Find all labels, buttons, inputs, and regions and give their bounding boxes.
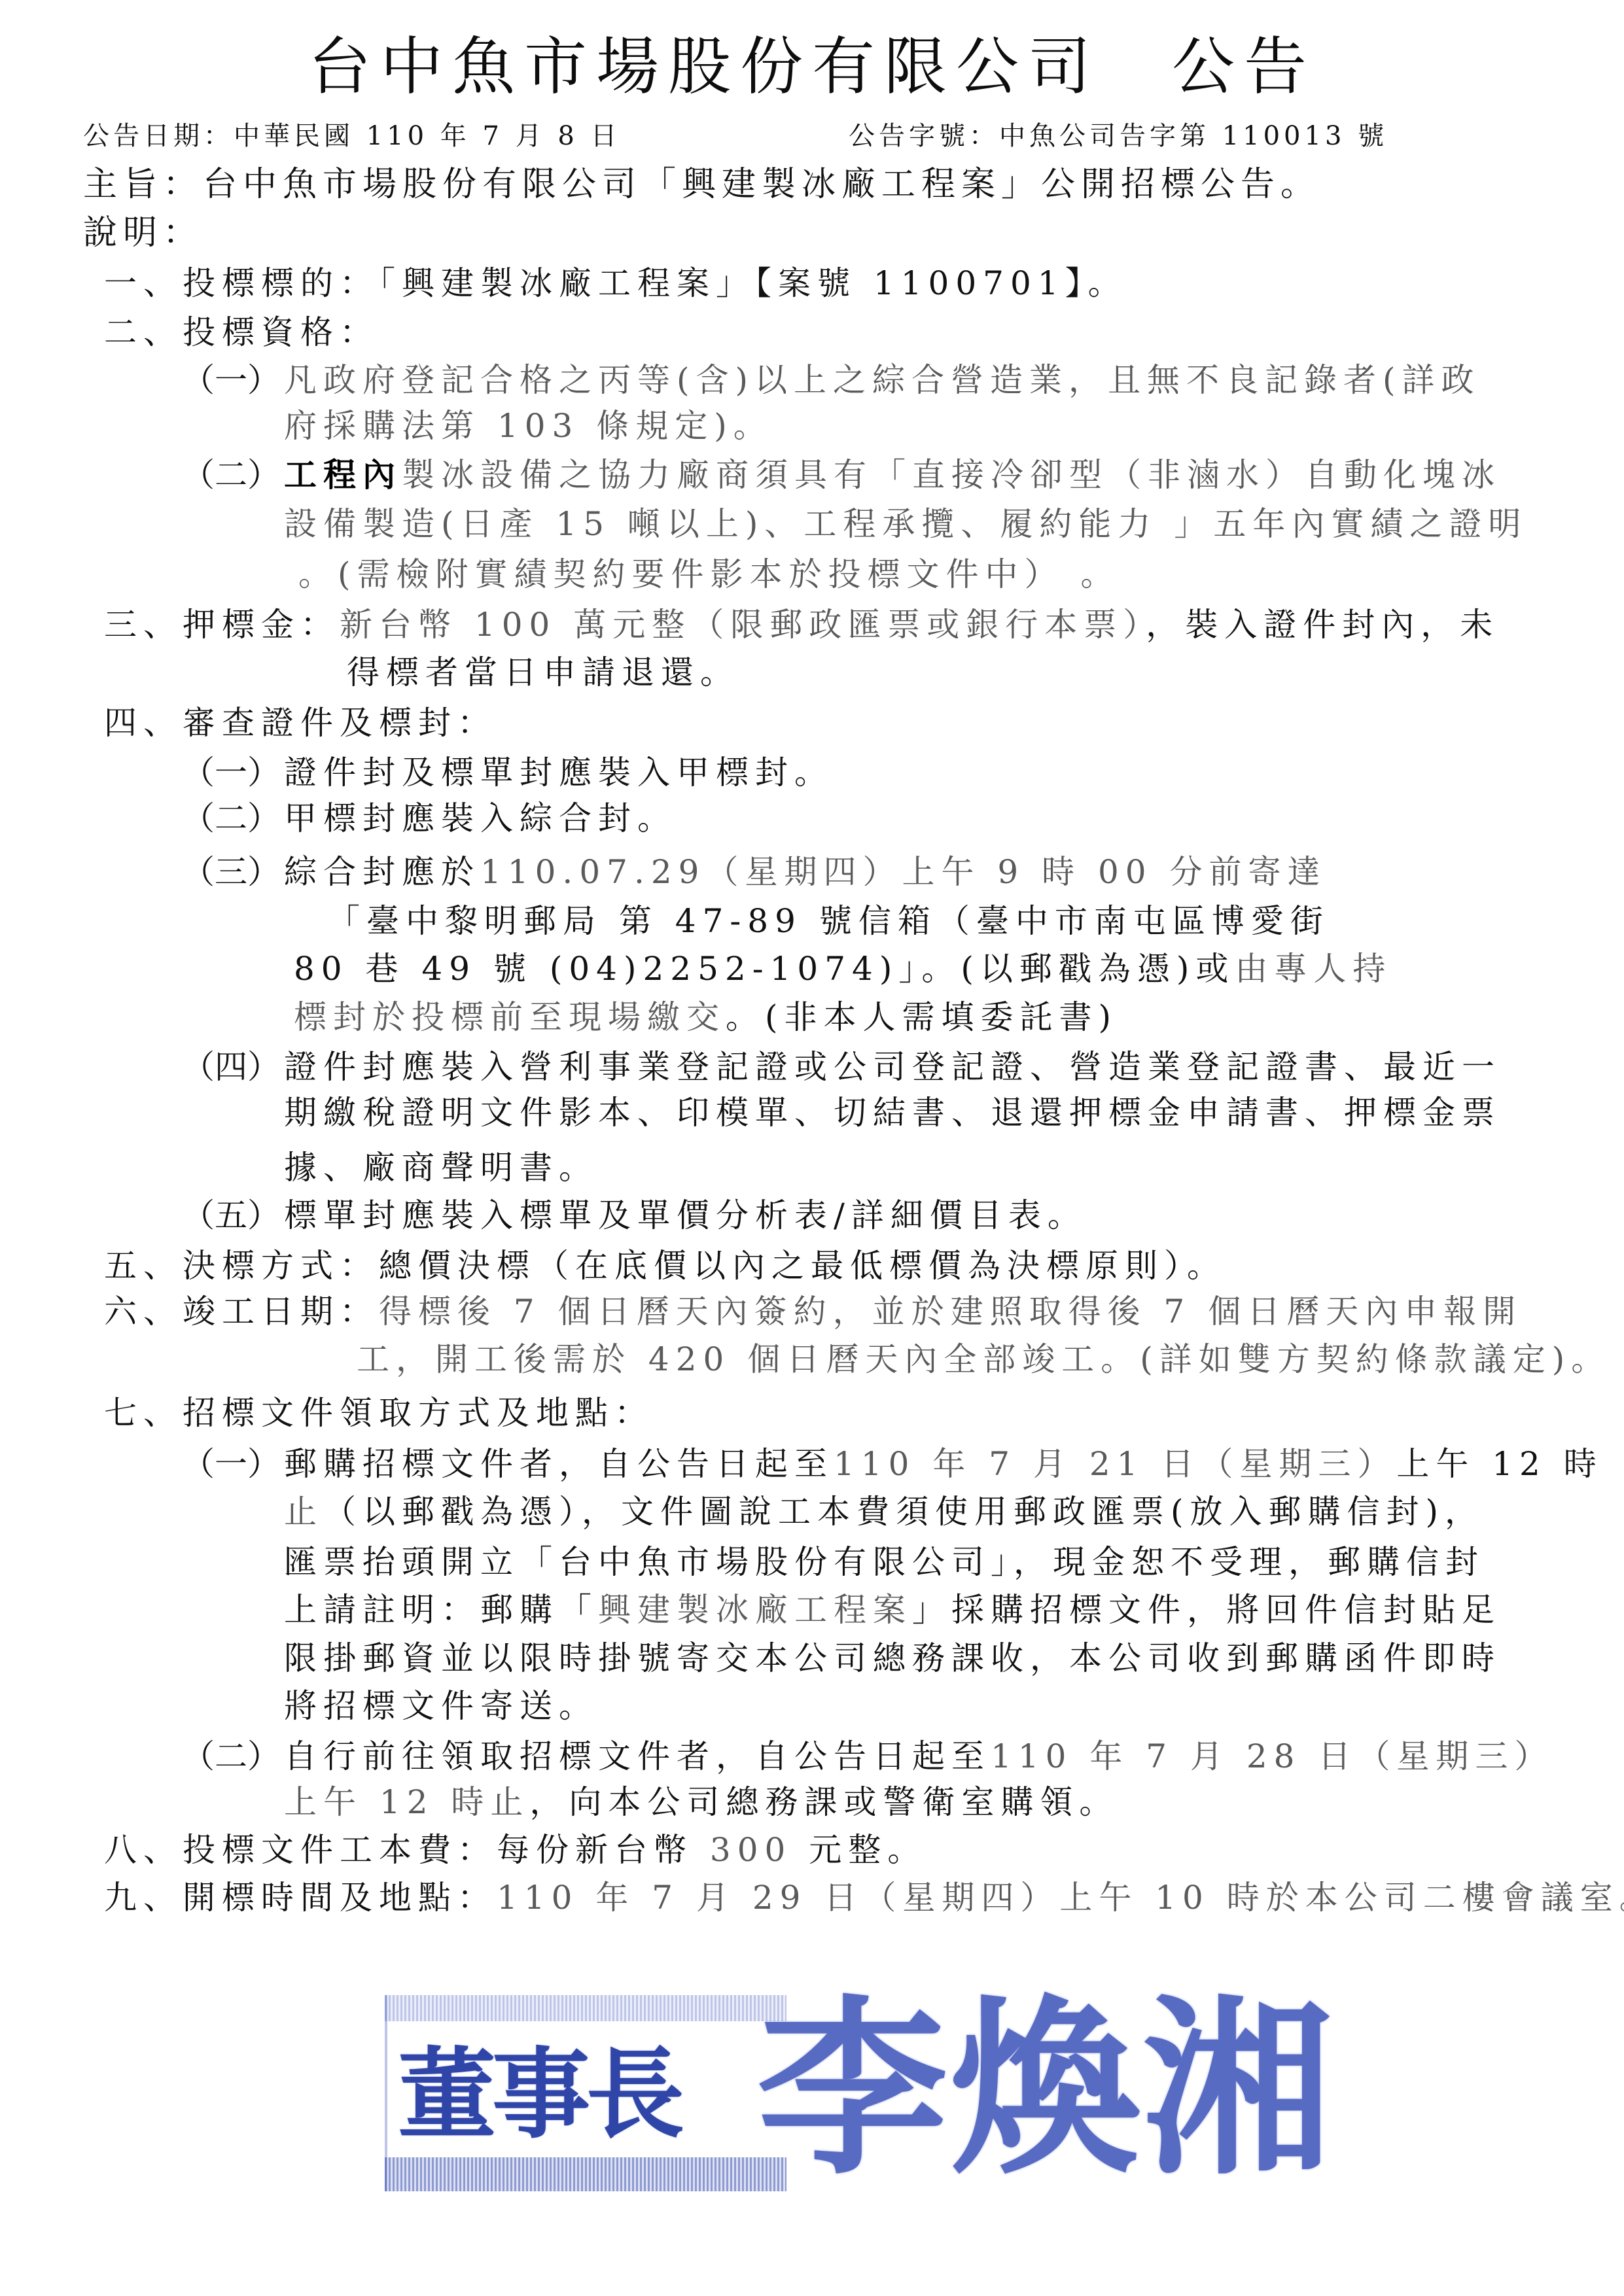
line-text-bold: 工程內 — [284, 455, 402, 494]
line-text: 」採購招標文件，將回件信封貼足 — [912, 1591, 1501, 1629]
line-text: 甲標封應裝入綜合封。 — [284, 799, 677, 837]
section-1-bid-target: 一、投標標的：「興建製冰廠工程案」【案號 1100701】。 — [104, 262, 1127, 304]
section-2-item-2-continued: 設備製造(日產 15 噸以上)、工程承攬、履約能力 」五年內實績之證明 — [284, 503, 1527, 545]
deadline-time: 上午 12 時止 — [284, 1783, 529, 1821]
line-text: 設備製造(日產 15 噸以上)、工程承攬、履約能力 」五年內實績之證明 — [284, 505, 1527, 543]
line-text: 四、審查證件及標封： — [104, 704, 497, 742]
section-4-item-2: （二）甲標封應裝入綜合封。 — [182, 797, 677, 839]
deadline-date: 110 年 7 月 21 日（星期三） — [834, 1445, 1396, 1483]
line-text: 80 巷 49 號 (04)2252-1074)」。(以郵戳為憑)或 — [294, 950, 1235, 988]
stamp-chairman-name: 李煥湘 — [758, 1991, 1335, 2187]
item-marker: （三） — [182, 851, 284, 893]
section-4-item-3: （三）綜合封應於110.07.29（星期四）上午 9 時 00 分前寄達 — [182, 851, 1326, 893]
section-2-item-2: （二）工程內製冰設備之協力廠商須具有「直接冷卻型（非滷水）自動化塊冰 — [182, 454, 1501, 496]
fee-amount: 300 — [710, 1831, 792, 1869]
line-text: （以郵戳為憑），文件圖說工本費須使用郵政匯票(放入郵購信封)， — [323, 1493, 1484, 1531]
section-2-heading: 二、投標資格： — [104, 311, 379, 353]
deadline-date: 110 年 7 月 28 日（星期三） — [991, 1737, 1553, 1775]
section-4-item-5: （五）標單封應裝入標單及單價分析表/詳細價目表。 — [182, 1194, 1087, 1236]
section-6-continued: 工，開工後需於 420 個日曆天內全部竣工。(詳如雙方契約條款議定)。 — [357, 1338, 1610, 1380]
section-2-item-1: （一）凡政府登記合格之丙等(含)以上之綜合營造業，且無不良記錄者(詳政 — [182, 359, 1481, 401]
section-7-item-2: （二）自行前往領取招標文件者，自公告日起至110 年 7 月 28 日（星期三） — [182, 1735, 1553, 1777]
line-text: 。(非本人需填委託書) — [726, 998, 1118, 1036]
line-text: 證件封應裝入營利事業登記證或公司登記證、營造業登記證書、最近一 — [284, 1048, 1501, 1086]
section-7-item-1-continued-2: 匯票抬頭開立「台中魚市場股份有限公司」，現金恕不受理，郵購信封 — [284, 1541, 1485, 1583]
section-2-item-1-continued: 府採購法第 103 條規定)。 — [284, 405, 773, 447]
line-text: 「臺中黎明郵局 第 47-89 號信箱（臺中市南屯區博愛街 — [327, 902, 1330, 940]
line-text-gray: 止 — [284, 1493, 323, 1531]
section-7-item-1-continued-5: 將招標文件寄送。 — [284, 1685, 598, 1727]
section-2-item-2-continued-2: 。(需檢附實績契約要件影本於投標文件中） 。 — [298, 553, 1120, 595]
section-4-heading: 四、審查證件及標封： — [104, 702, 497, 744]
line-text: 。(需檢附實績契約要件影本於投標文件中） 。 — [298, 555, 1120, 593]
section-5-award-method: 五、決標方式：總價決標（在底價以內之最低標價為決標原則）。 — [104, 1245, 1226, 1287]
item-marker: （一） — [182, 752, 284, 793]
line-text: 標單封應裝入標單及單價分析表/詳細價目表。 — [284, 1196, 1087, 1234]
section-8-document-fee: 八、投標文件工本費：每份新台幣 300 元整。 — [104, 1829, 927, 1871]
section-3-continued: 得標者當日申請退還。 — [347, 652, 739, 693]
line-text: 上請註明：郵購「 — [284, 1591, 598, 1629]
line-text: 限掛郵資並以限時掛號寄交本公司總務課收，本公司收到郵購函件即時 — [284, 1639, 1501, 1677]
section-7-heading: 七、招標文件領取方式及地點： — [104, 1392, 654, 1434]
deadline-time: 上午 12 時 — [1396, 1445, 1602, 1483]
section-7-item-1: （一）郵購招標文件者，自公告日起至110 年 7 月 21 日（星期三）上午 1… — [182, 1443, 1603, 1485]
deadline-text: 110.07.29（星期四）上午 9 時 00 分前寄達 — [480, 853, 1326, 891]
chairman-signature-stamp: 董事長 李煥湘 — [385, 1995, 1366, 2191]
line-text: ，向本公司總務課或警衛室購領。 — [529, 1783, 1118, 1821]
section-7-item-1-continued-4: 限掛郵資並以限時掛號寄交本公司總務課收，本公司收到郵購函件即時 — [284, 1637, 1501, 1679]
line-text: 證件封及標單封應裝入甲標封。 — [284, 754, 834, 791]
line-text: 八、投標文件工本費：每份新台幣 — [104, 1831, 710, 1869]
announcement-page: 台中魚市場股份有限公司 公告 公告日期：中華民國 110 年 7 月 8 日 公… — [0, 0, 1624, 2296]
line-text: 匯票抬頭開立「台中魚市場股份有限公司」，現金恕不受理，郵購信封 — [284, 1543, 1485, 1581]
stamp-ink-band — [385, 2157, 786, 2191]
project-name: 興建製冰廠工程案 — [598, 1591, 912, 1629]
document-title: 台中魚市場股份有限公司 公告 — [0, 34, 1624, 99]
section-4-item-4: （四）證件封應裝入營利事業登記證或公司登記證、營造業登記證書、最近一 — [182, 1046, 1501, 1088]
line-label: 六、竣工日期： — [104, 1293, 379, 1331]
section-6-completion-date: 六、竣工日期：得標後 7 個日曆天內簽約，並於建照取得後 7 個日曆天內申報開 — [104, 1291, 1522, 1332]
item-marker: （二） — [182, 797, 284, 839]
line-text: 期繳稅證明文件影本、印模單、切結書、退還押標金申請書、押標金票 — [284, 1094, 1501, 1132]
bond-amount: 新台幣 100 萬元整（限郵政匯票或銀行本票） — [340, 606, 1146, 644]
line-text: 得標後 7 個日曆天內簽約，並於建照取得後 7 個日曆天內申報開 — [379, 1293, 1522, 1331]
line-text-gray: 標封於投標前至現場繳交 — [294, 998, 726, 1036]
section-7-item-2-continued: 上午 12 時止，向本公司總務課或警衛室購領。 — [284, 1781, 1118, 1823]
line-text: 將招標文件寄送。 — [284, 1687, 598, 1725]
section-7-item-1-continued-3: 上請註明：郵購「興建製冰廠工程案」採購招標文件，將回件信封貼足 — [284, 1589, 1501, 1631]
explanation-heading: 說明： — [83, 212, 203, 254]
line-text: 製冰設備之協力廠商須具有「直接冷卻型（非滷水）自動化塊冰 — [402, 456, 1501, 494]
line-text: 二、投標資格： — [104, 313, 379, 351]
line-text: 綜合封應於 — [284, 853, 480, 891]
line-text: ，裝入證件封內，未 — [1146, 606, 1499, 644]
section-3-bid-bond: 三、押標金：新台幣 100 萬元整（限郵政匯票或銀行本票），裝入證件封內，未 — [104, 604, 1499, 646]
stamp-title-box: 董事長 — [385, 1995, 786, 2191]
item-marker: （四） — [182, 1046, 284, 1088]
section-4-item-4-continued: 期繳稅證明文件影本、印模單、切結書、退還押標金申請書、押標金票 — [284, 1092, 1501, 1134]
item-marker: （五） — [182, 1194, 284, 1236]
stamp-chairman-title: 董事長 — [398, 2036, 680, 2153]
section-4-item-3-address: 「臺中黎明郵局 第 47-89 號信箱（臺中市南屯區博愛街 — [327, 900, 1330, 942]
section-9-bid-opening: 九、開標時間及地點：110 年 7 月 29 日（星期四）上午 10 時於本公司… — [104, 1877, 1624, 1919]
section-4-item-3-address-continued: 80 巷 49 號 (04)2252-1074)」。(以郵戳為憑)或由專人持 — [294, 948, 1392, 990]
subject-line: 主旨：台中魚市場股份有限公司「興建製冰廠工程案」公開招標公告。 — [83, 164, 1320, 205]
line-text-gray: 由專人持 — [1235, 950, 1392, 988]
item-marker: （二） — [182, 454, 284, 496]
line-text: 一、投標標的：「興建製冰廠工程案」【案號 1100701】。 — [104, 264, 1127, 302]
line-text: 五、決標方式：總價決標（在底價以內之最低標價為決標原則）。 — [104, 1247, 1226, 1285]
stamp-ink-band — [385, 1995, 786, 2021]
opening-time-place: 110 年 7 月 29 日（星期四）上午 10 時於本公司二樓會議室。 — [497, 1879, 1624, 1917]
section-4-item-3-continued: 標封於投標前至現場繳交。(非本人需填委託書) — [294, 996, 1118, 1038]
section-7-item-1-continued: 止（以郵戳為憑），文件圖說工本費須使用郵政匯票(放入郵購信封)， — [284, 1491, 1484, 1533]
line-label: 九、開標時間及地點： — [104, 1879, 497, 1917]
line-text: 據、廠商聲明書。 — [284, 1149, 598, 1187]
announcement-date: 公告日期：中華民國 110 年 7 月 8 日 — [83, 122, 621, 150]
item-marker: （二） — [182, 1735, 284, 1777]
line-text: 七、招標文件領取方式及地點： — [104, 1394, 654, 1432]
line-text: 自行前往領取招標文件者，自公告日起至 — [284, 1737, 991, 1775]
line-text: 工，開工後需於 420 個日曆天內全部竣工。(詳如雙方契約條款議定)。 — [357, 1340, 1610, 1378]
line-text: 元整。 — [792, 1831, 927, 1869]
item-marker: （一） — [182, 359, 284, 401]
section-4-item-4-continued-2: 據、廠商聲明書。 — [284, 1147, 598, 1189]
line-text: 凡政府登記合格之丙等(含)以上之綜合營造業，且無不良記錄者(詳政 — [284, 361, 1481, 399]
line-text: 府採購法第 103 條規定)。 — [284, 407, 773, 445]
line-text: 得標者當日申請退還。 — [347, 653, 739, 691]
announcement-reference-number: 公告字號：中魚公司告字第 110013 號 — [849, 122, 1388, 150]
section-4-item-1: （一）證件封及標單封應裝入甲標封。 — [182, 752, 834, 793]
line-label: 三、押標金： — [104, 606, 340, 644]
item-marker: （一） — [182, 1443, 284, 1485]
line-text: 郵購招標文件者，自公告日起至 — [284, 1445, 834, 1483]
